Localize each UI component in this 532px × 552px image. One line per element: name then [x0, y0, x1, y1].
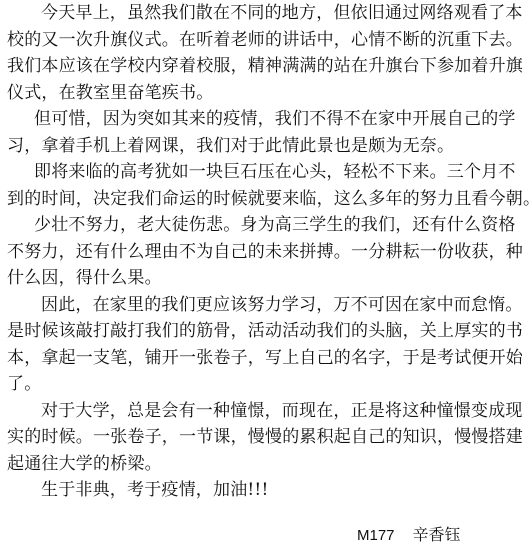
paragraph-2-line-2: 习，拿着手机上着网课，我们对于此情此景也是颇为无奈。	[7, 133, 529, 160]
paragraph-6-line-3: 起通往大学的桥梁。	[7, 451, 529, 478]
signature-code: M177	[357, 527, 395, 544]
signature-name: 辛香钰	[413, 525, 461, 544]
paragraph-2-line-1: 但可惜，因为突如其来的疫情，我们不得不在家中开展自己的学	[7, 106, 529, 133]
essay-body: 今天早上，虽然我们散在不同的地方，但依旧通过网络观看了本 校的又一次升旗仪式。在…	[7, 0, 529, 504]
paragraph-5-line-1: 因此，在家里的我们更应该努力学习，万不可因在家中而怠惰。	[7, 292, 529, 319]
paragraph-5-line-4: 了。	[7, 371, 529, 398]
paragraph-4-line-3: 什么因，得什么果。	[7, 265, 529, 292]
closing-line: 生于非典，考于疫情，加油!!!	[7, 477, 529, 504]
paragraph-6-line-1: 对于大学，总是会有一种憧憬，而现在，正是将这种憧憬变成现	[7, 398, 529, 425]
paragraph-1-line-4: 仪式，在教室里奋笔疾书。	[7, 80, 529, 107]
paragraph-4-line-2: 不努力，还有什么理由不为自己的未来拼搏。一分耕耘一份收获，种	[7, 239, 529, 266]
paragraph-6-line-2: 实的时候。一张卷子，一节课，慢慢的累积起自己的知识，慢慢搭建	[7, 424, 529, 451]
paragraph-1-line-1: 今天早上，虽然我们散在不同的地方，但依旧通过网络观看了本	[7, 0, 529, 27]
paragraph-5-line-2: 是时候该敲打敲打我们的筋骨，活动活动我们的头脑，关上厚实的书	[7, 318, 529, 345]
signature: M177辛香钰	[357, 524, 461, 547]
paragraph-1-line-2: 校的又一次升旗仪式。在听着老师的讲话中，心情不断的沉重下去。	[7, 27, 529, 54]
paragraph-1-line-3: 我们本应该在学校内穿着校服，精神满满的站在升旗台下参加着升旗	[7, 53, 529, 80]
paragraph-4-line-1: 少壮不努力，老大徒伤悲。身为高三学生的我们，还有什么资格	[7, 212, 529, 239]
paragraph-5-line-3: 本，拿起一支笔，铺开一张卷子，写上自己的名字，于是考试便开始	[7, 345, 529, 372]
paragraph-3-line-1: 即将来临的高考犹如一块巨石压在心头，轻松不下来。三个月不	[7, 159, 529, 186]
paragraph-3-line-2: 到的时间，决定我们命运的时候就要来临，这么多年的努力且看今朝。	[7, 186, 529, 213]
